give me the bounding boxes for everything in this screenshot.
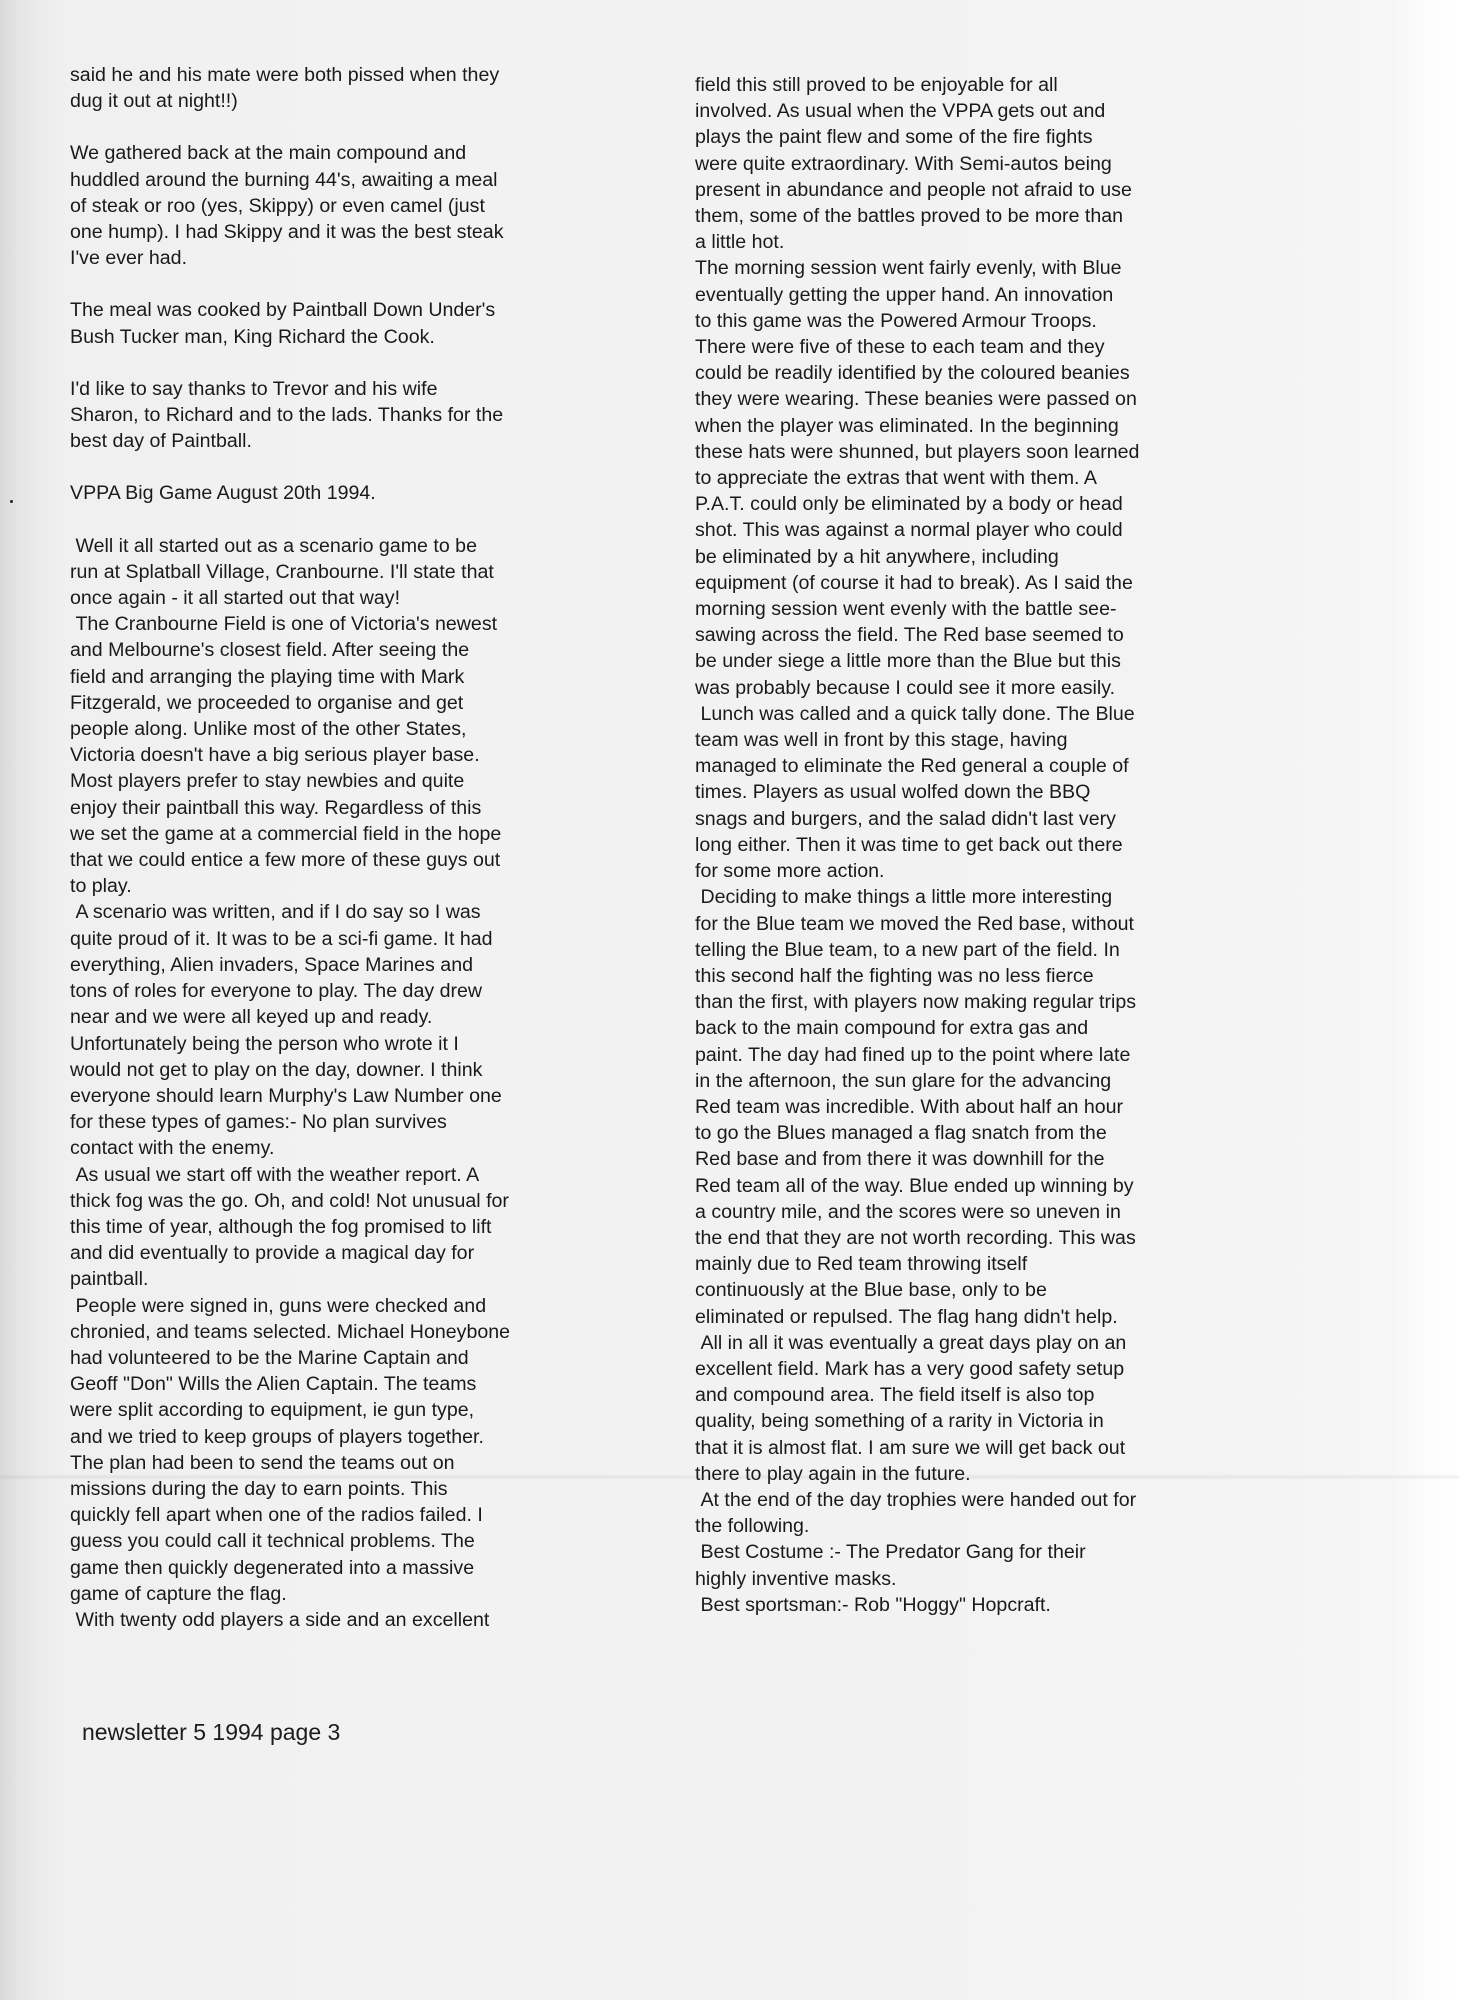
paragraph: field this still proved to be enjoyable … [695,72,1285,255]
paragraph: Deciding to make things a little more in… [695,884,1285,1329]
paragraph: A scenario was written, and if I do say … [70,899,670,1161]
paragraph: With twenty odd players a side and an ex… [70,1607,670,1633]
page-footer: newsletter 5 1994 page 3 [82,1718,340,1746]
paragraph: People were signed in, guns were checked… [70,1293,670,1607]
paragraph: Well it all started out as a scenario ga… [70,533,670,612]
right-text-column: field this still proved to be enjoyable … [695,72,1285,1618]
paragraph: Lunch was called and a quick tally done.… [695,701,1285,884]
left-text-column: said he and his mate were both pissed wh… [70,62,670,1633]
article-heading: VPPA Big Game August 20th 1994. [70,480,670,506]
paragraph: We gathered back at the main compound an… [70,140,670,271]
paragraph: The morning session went fairly evenly, … [695,255,1285,700]
award-best-costume: Best Costume :- The Predator Gang for th… [695,1539,1285,1591]
paragraph: said he and his mate were both pissed wh… [70,62,670,114]
award-best-sportsman: Best sportsman:- Rob "Hoggy" Hopcraft. [695,1592,1285,1618]
scanned-newsletter-page: said he and his mate were both pissed wh… [0,0,1459,2000]
scan-speck [10,500,13,503]
paragraph: As usual we start off with the weather r… [70,1162,670,1293]
paragraph: All in all it was eventually a great day… [695,1330,1285,1487]
paragraph: I'd like to say thanks to Trevor and his… [70,376,670,455]
paragraph: At the end of the day trophies were hand… [695,1487,1285,1539]
paragraph: The meal was cooked by Paintball Down Un… [70,297,670,349]
paragraph: The Cranbourne Field is one of Victoria'… [70,611,670,899]
